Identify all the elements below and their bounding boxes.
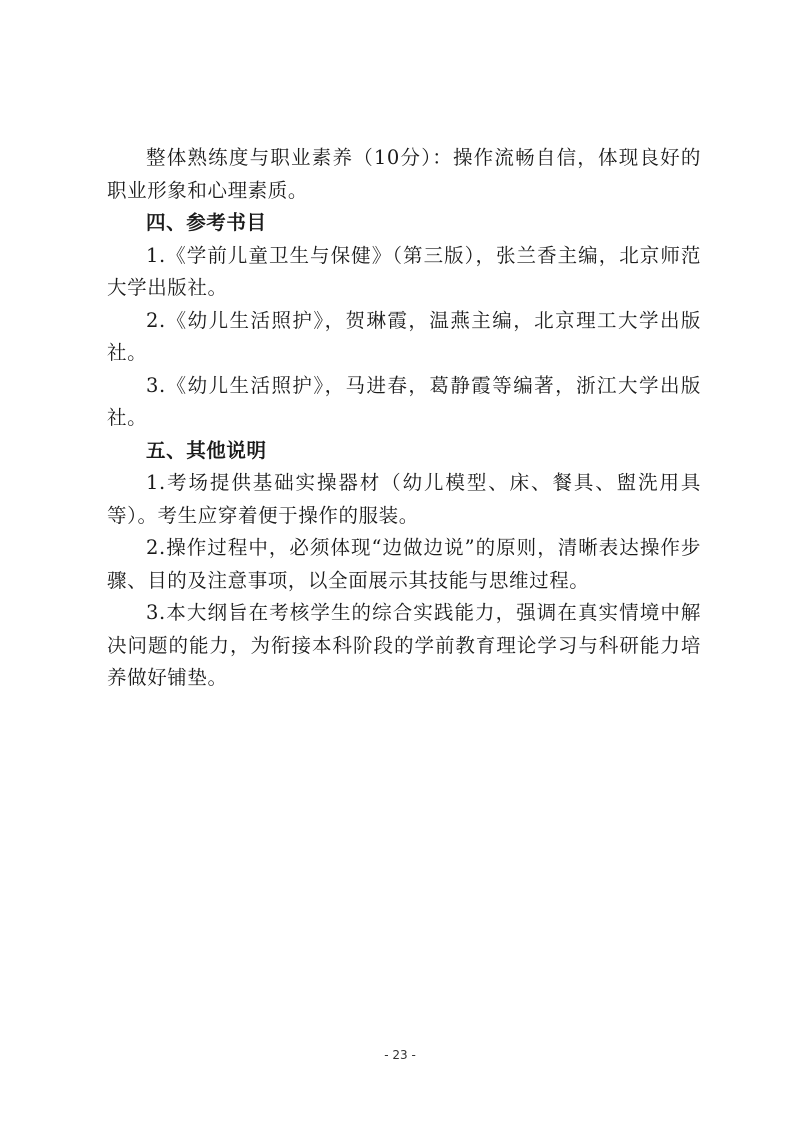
note-item-2: 2.操作过程中，必须体现“边做边说”的原则，清晰表达操作步骤、目的及注意事项，以… [107,532,701,597]
reference-item-3: 3.《幼儿生活照护》，马进春，葛静霞等编著，浙江大学出版社。 [107,370,701,435]
paragraph-professionalism: 整体熟练度与职业素养（10分）：操作流畅自信，体现良好的职业形象和心理素质。 [107,142,701,207]
reference-item-2: 2.《幼儿生活照护》，贺琳霞，温燕主编，北京理工大学出版社。 [107,305,701,370]
page-number: - 23 - [0,1048,800,1062]
note-item-1: 1.考场提供基础实操器材（幼儿模型、床、餐具、盥洗用具等）。考生应穿着便于操作的… [107,467,701,532]
note-item-3: 3.本大纲旨在考核学生的综合实践能力，强调在真实情境中解决问题的能力，为衔接本科… [107,597,701,695]
heading-references: 四、参考书目 [107,207,701,240]
heading-other-notes: 五、其他说明 [107,435,701,468]
reference-item-1: 1.《学前儿童卫生与保健》（第三版），张兰香主编，北京师范大学出版社。 [107,240,701,305]
document-page: 整体熟练度与职业素养（10分）：操作流畅自信，体现良好的职业形象和心理素质。 四… [107,142,701,695]
